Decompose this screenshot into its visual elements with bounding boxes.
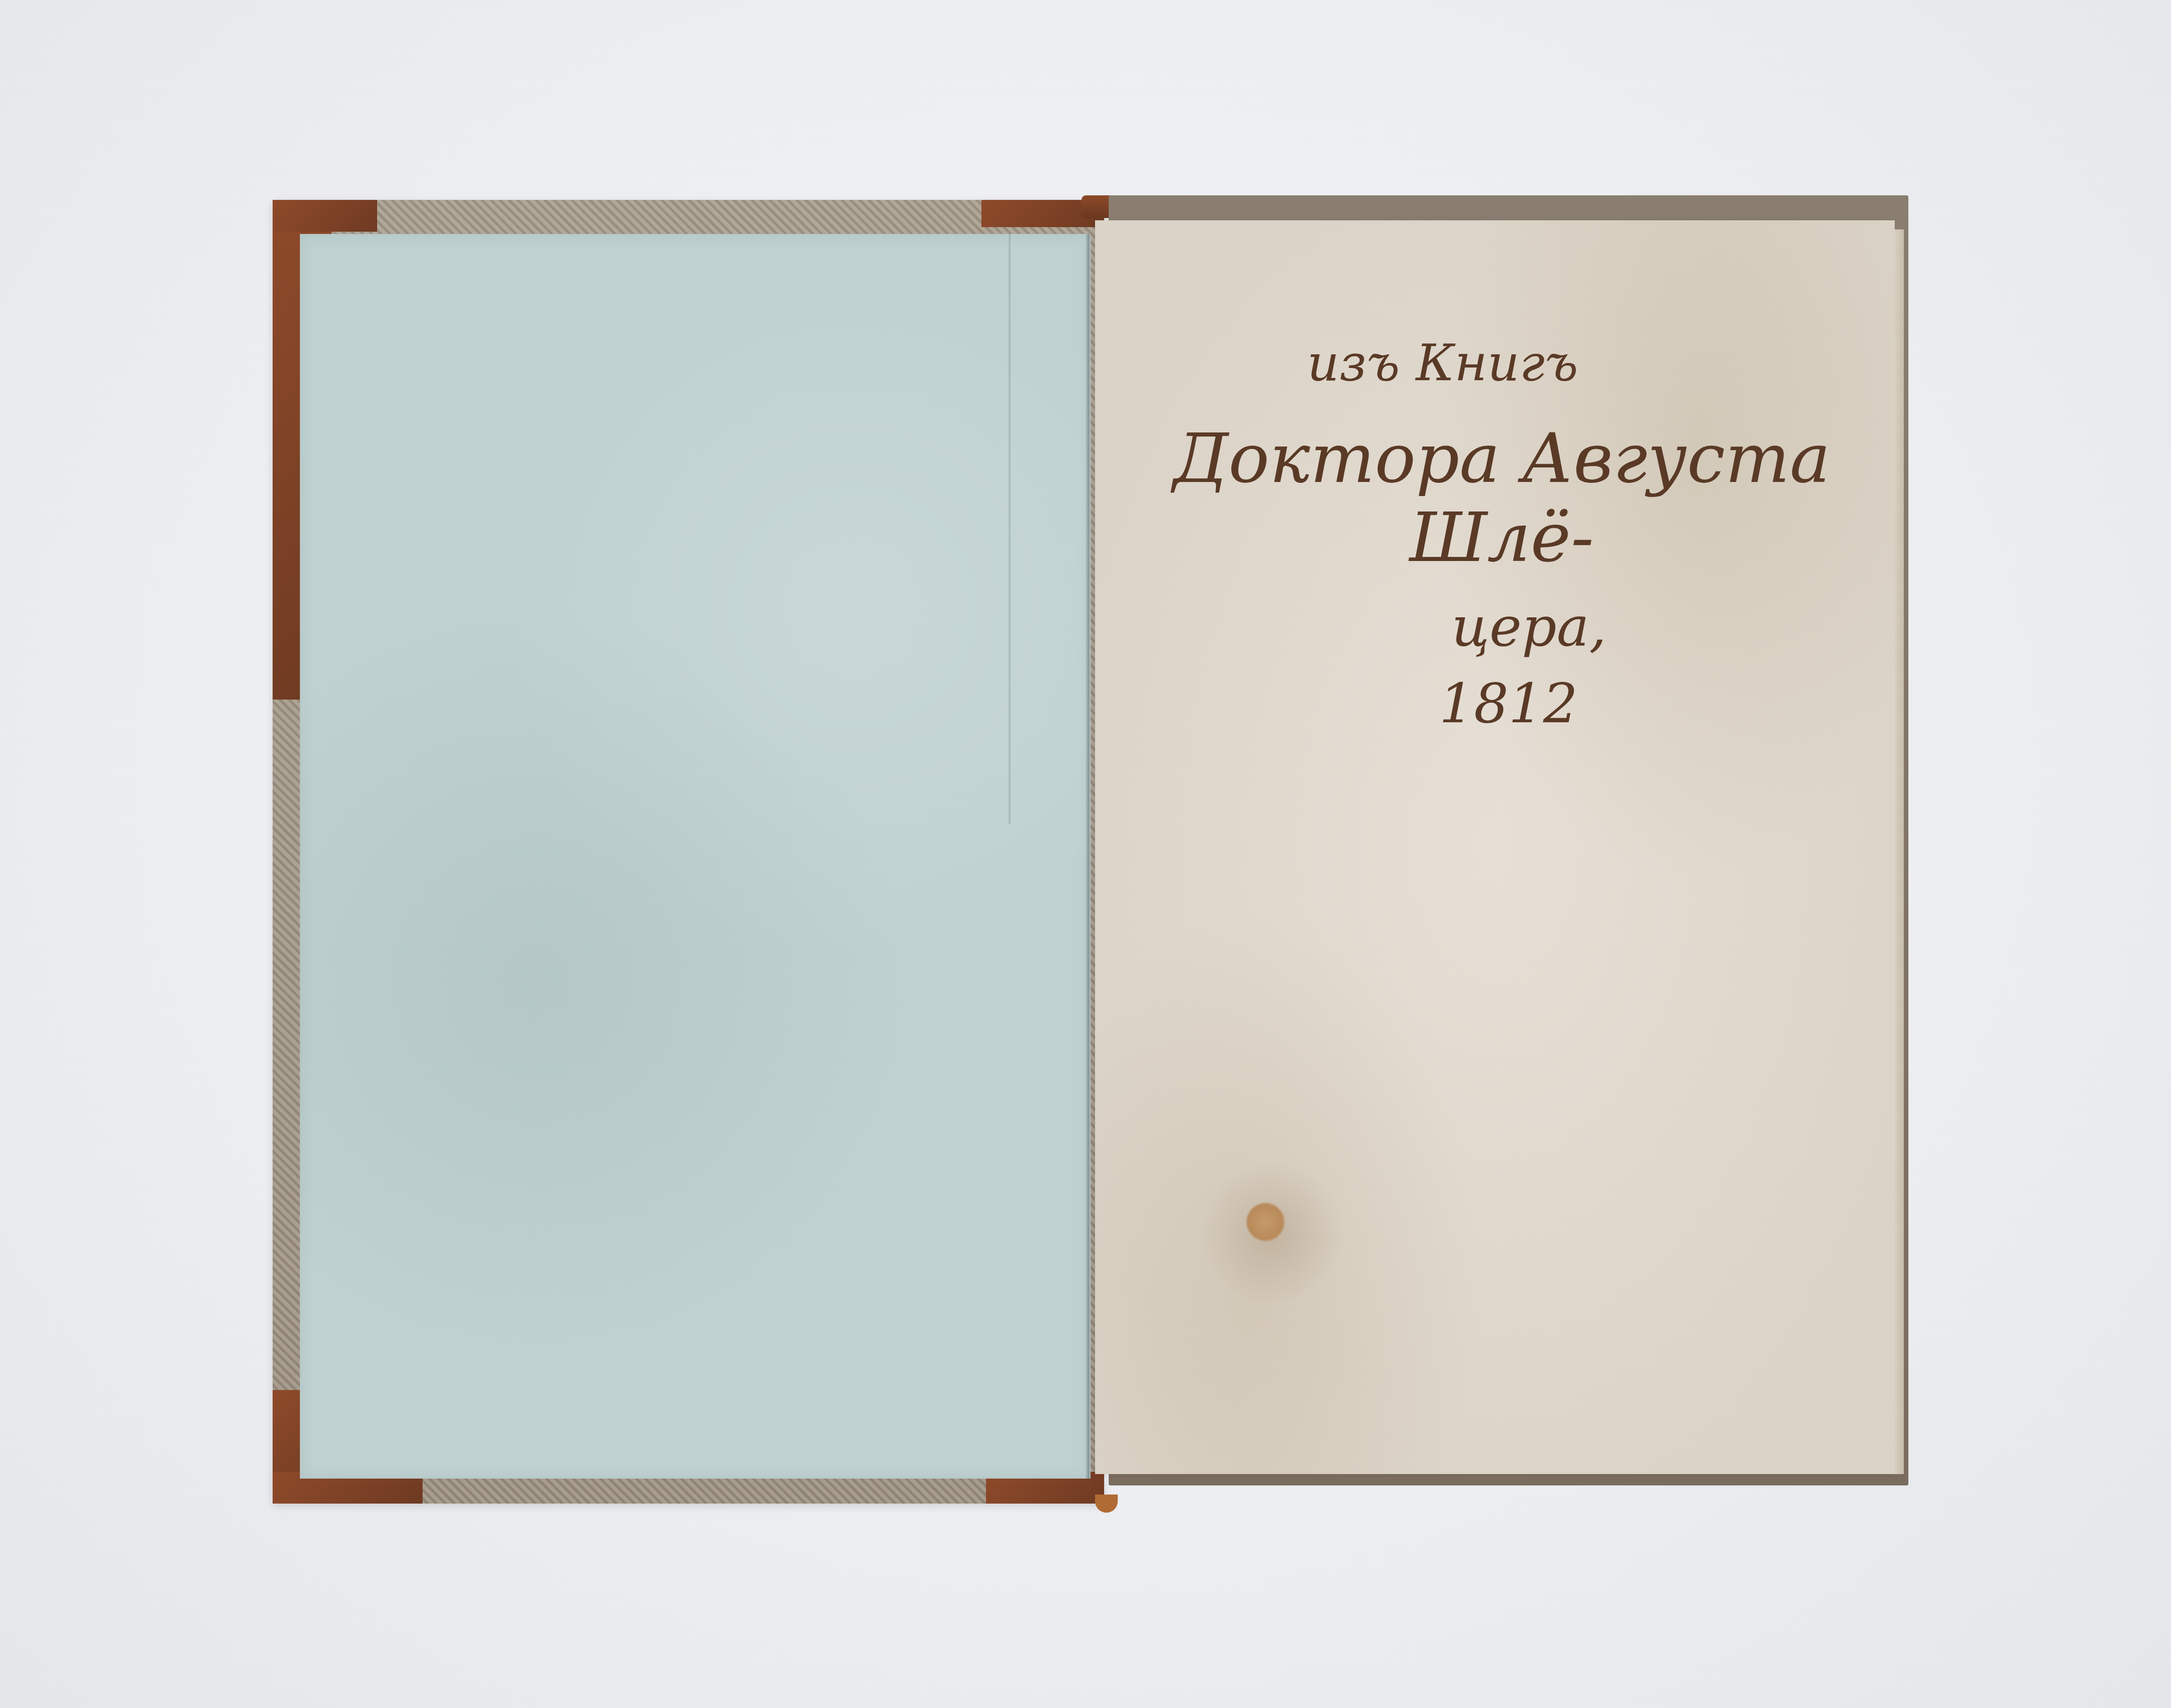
paper-crease <box>1009 234 1011 824</box>
gutter <box>1086 234 1090 1479</box>
flyleaf-page: изъ Книгъ Доктора Августа Шлё- цера, 181… <box>1095 220 1895 1474</box>
page-block-edge <box>1895 229 1904 1474</box>
inscription-line-2: Доктора Августа Шлё- <box>1150 419 1854 577</box>
handwritten-inscription: изъ Книгъ Доктора Августа Шлё- цера, 181… <box>1150 334 1854 735</box>
open-book: изъ Книгъ Доктора Августа Шлё- цера, 181… <box>264 186 1908 1513</box>
inscription-line-3: цера, <box>1204 596 1854 659</box>
inscription-line-1: изъ Книгъ <box>1031 334 1854 392</box>
leather-corner-top-left <box>273 200 377 232</box>
left-cover-board <box>273 200 1104 1504</box>
spine-tailcap <box>1095 1494 1118 1513</box>
blue-pastedown-page <box>300 234 1090 1479</box>
inscription-year: 1812 <box>1163 672 1854 735</box>
